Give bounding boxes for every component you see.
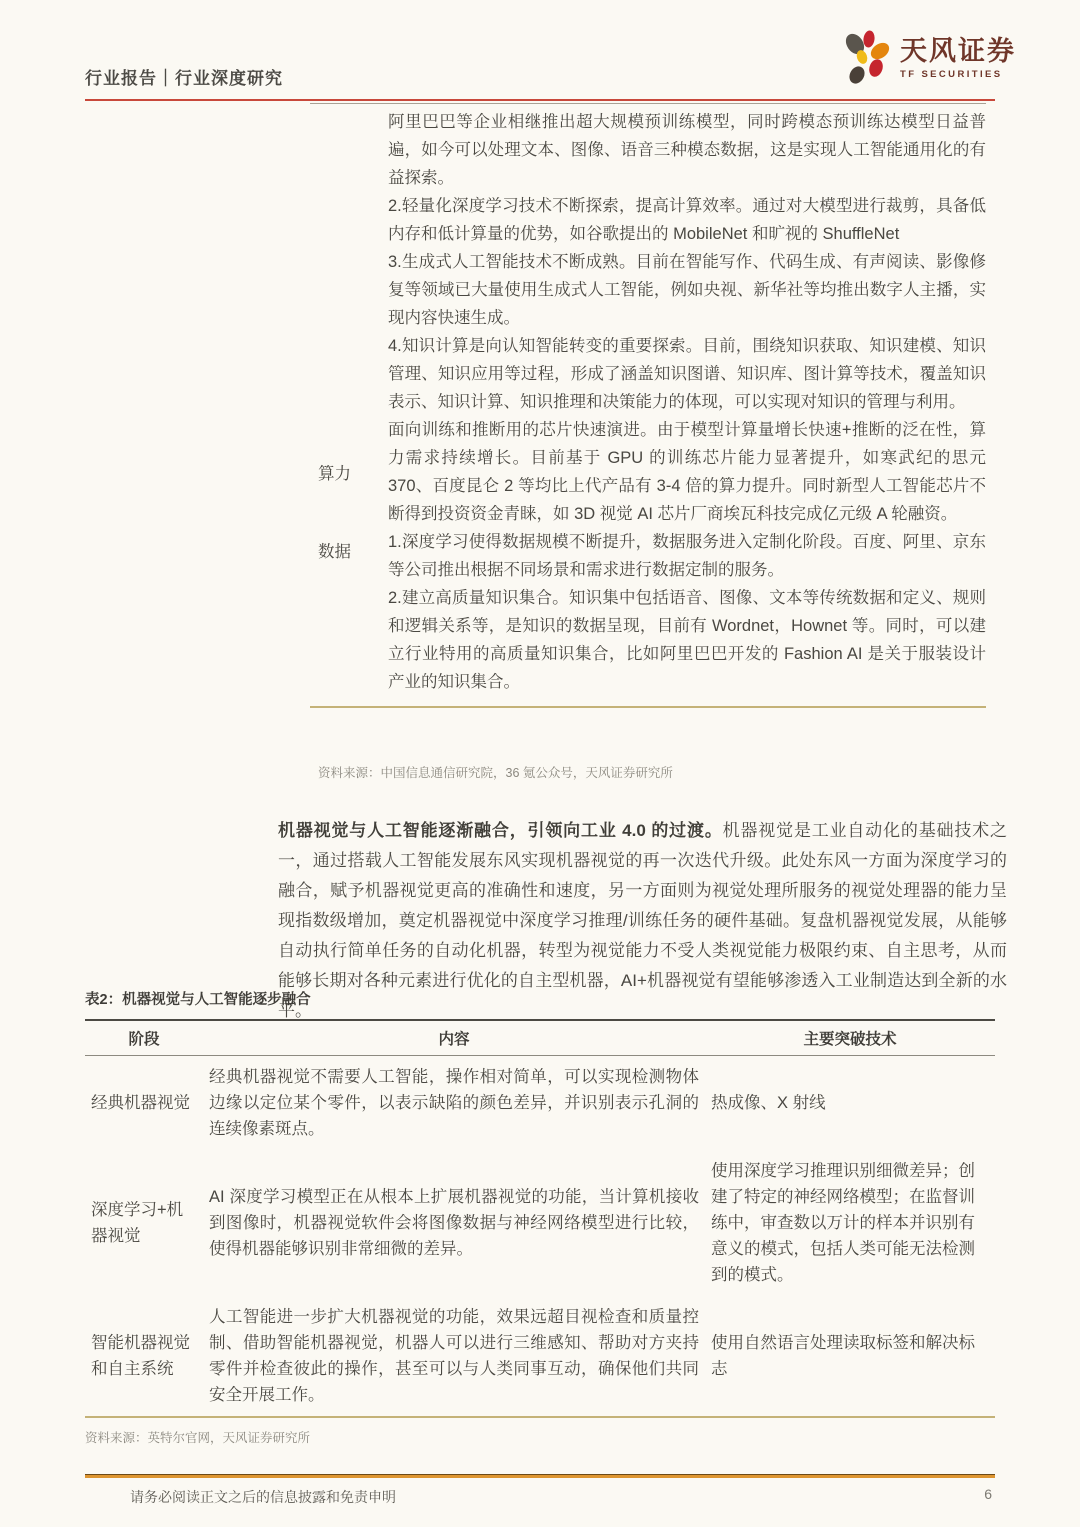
header-cell-stage: 阶段: [85, 1020, 203, 1056]
ai-elements-table: 阿里巴巴等企业相继推出超大规模预训练模型，同时跨模态预训练达模型日益普遍，如今可…: [310, 103, 986, 708]
report-page: 行业报告｜行业深度研究 天风证券 TF SECURITIES 阿里巴巴等企业相继…: [0, 0, 1080, 1527]
stage-cell: 智能机器视觉和自主系统: [85, 1296, 203, 1417]
row-label: 数据: [310, 528, 388, 696]
fusion-table-row: 经典机器视觉 经典机器视觉不需要人工智能，操作相对简单，可以实现检测物体边缘以定…: [85, 1056, 995, 1151]
fusion-table-row: 深度学习+机器视觉 AI 深度学习模型正在从根本上扩展机器视觉的功能，当计算机接…: [85, 1150, 995, 1296]
footer-disclaimer: 请务必阅读正文之后的信息披露和免责申明: [130, 1487, 396, 1507]
fusion-table-row: 智能机器视觉和自主系统 人工智能进一步扩大机器视觉的功能，效果远超目视检查和质量…: [85, 1296, 995, 1417]
paragraph: 阿里巴巴等企业相继推出超大规模预训练模型，同时跨模态预训练达模型日益普遍，如今可…: [388, 108, 986, 192]
fusion-paragraph-lead: 机器视觉与人工智能逐渐融合，引领向工业 4.0 的过渡。: [278, 821, 723, 840]
table-row: 阿里巴巴等企业相继推出超大规模预训练模型，同时跨模态预训练达模型日益普遍，如今可…: [310, 108, 986, 416]
row-content: 阿里巴巴等企业相继推出超大规模预训练模型，同时跨模态预训练达模型日益普遍，如今可…: [388, 108, 986, 416]
header-cell-tech: 主要突破技术: [705, 1020, 995, 1056]
paragraph: 面向训练和推断用的芯片快速演进。由于模型计算量增长快速+推断的泛在性，算力需求持…: [388, 416, 986, 528]
row-label: [310, 108, 388, 416]
row-label: 算力: [310, 460, 388, 484]
header-cell-content: 内容: [203, 1020, 705, 1056]
fusion-table-header: 阶段 内容 主要突破技术: [85, 1020, 995, 1056]
table-row: 数据 1.深度学习使得数据规模不断提升，数据服务进入定制化阶段。百度、阿里、京东…: [310, 528, 986, 696]
paragraph: 3.生成式人工智能技术不断成熟。目前在智能写作、代码生成、有声阅读、影像修复等领…: [388, 248, 986, 332]
logo-company-name: 天风证券: [900, 38, 1016, 65]
row-content: 1.深度学习使得数据规模不断提升，数据服务进入定制化阶段。百度、阿里、京东等公司…: [388, 528, 986, 696]
tf-securities-logo: 天风证券 TF SECURITIES: [840, 30, 1016, 88]
header-rule: [85, 99, 995, 101]
footer-rule: [85, 1474, 995, 1478]
tech-cell: 使用深度学习推理识别细微差异；创建了特定的神经网络模型；在监督训练中，审查数以万…: [705, 1150, 995, 1296]
content-cell: 人工智能进一步扩大机器视觉的功能，效果远超目视检查和质量控制、借助智能机器视觉，…: [203, 1296, 705, 1417]
footer-page-number: 6: [984, 1486, 992, 1502]
paragraph: 1.深度学习使得数据规模不断提升，数据服务进入定制化阶段。百度、阿里、京东等公司…: [388, 528, 986, 584]
report-type-title: 行业报告｜行业深度研究: [85, 64, 283, 89]
paragraph: 2.建立高质量知识集合。知识集中包括语音、图像、文本等传统数据和定义、规则和逻辑…: [388, 584, 986, 696]
table2-title: 表2：机器视觉与人工智能逐步融合: [85, 988, 995, 1009]
table2-source-note: 资料来源：英特尔官网，天风证券研究所: [85, 1428, 995, 1446]
stage-cell: 经典机器视觉: [85, 1056, 203, 1151]
tech-cell: 热成像、X 射线: [705, 1056, 995, 1151]
content-cell: AI 深度学习模型正在从根本上扩展机器视觉的功能，当计算机接收到图像时，机器视觉…: [203, 1150, 705, 1296]
flower-logo-icon: [840, 30, 892, 88]
stage-cell: 深度学习+机器视觉: [85, 1150, 203, 1296]
fusion-table-block: 表2：机器视觉与人工智能逐步融合 阶段 内容 主要突破技术 经典机器视觉 经典机…: [85, 988, 995, 1459]
paragraph: 2.轻量化深度学习技术不断探索，提高计算效率。通过对大模型进行裁剪，具备低内存和…: [388, 192, 986, 248]
table1-source-note: 资料来源：中国信息通信研究院，36 氪公众号，天风证券研究所: [318, 763, 673, 781]
logo-company-sub: TF SECURITIES: [900, 70, 1016, 80]
row-content: 面向训练和推断用的芯片快速演进。由于模型计算量增长快速+推断的泛在性，算力需求持…: [388, 416, 986, 528]
table-row: 算力 面向训练和推断用的芯片快速演进。由于模型计算量增长快速+推断的泛在性，算力…: [310, 416, 986, 528]
tech-cell: 使用自然语言处理读取标签和解决标志: [705, 1296, 995, 1417]
paragraph: 4.知识计算是向认知智能转变的重要探索。目前，围绕知识获取、知识建模、知识管理、…: [388, 332, 986, 416]
fusion-table: 阶段 内容 主要突破技术 经典机器视觉 经典机器视觉不需要人工智能，操作相对简单…: [85, 1019, 995, 1418]
content-cell: 经典机器视觉不需要人工智能，操作相对简单，可以实现检测物体边缘以定位某个零件，以…: [203, 1056, 705, 1151]
